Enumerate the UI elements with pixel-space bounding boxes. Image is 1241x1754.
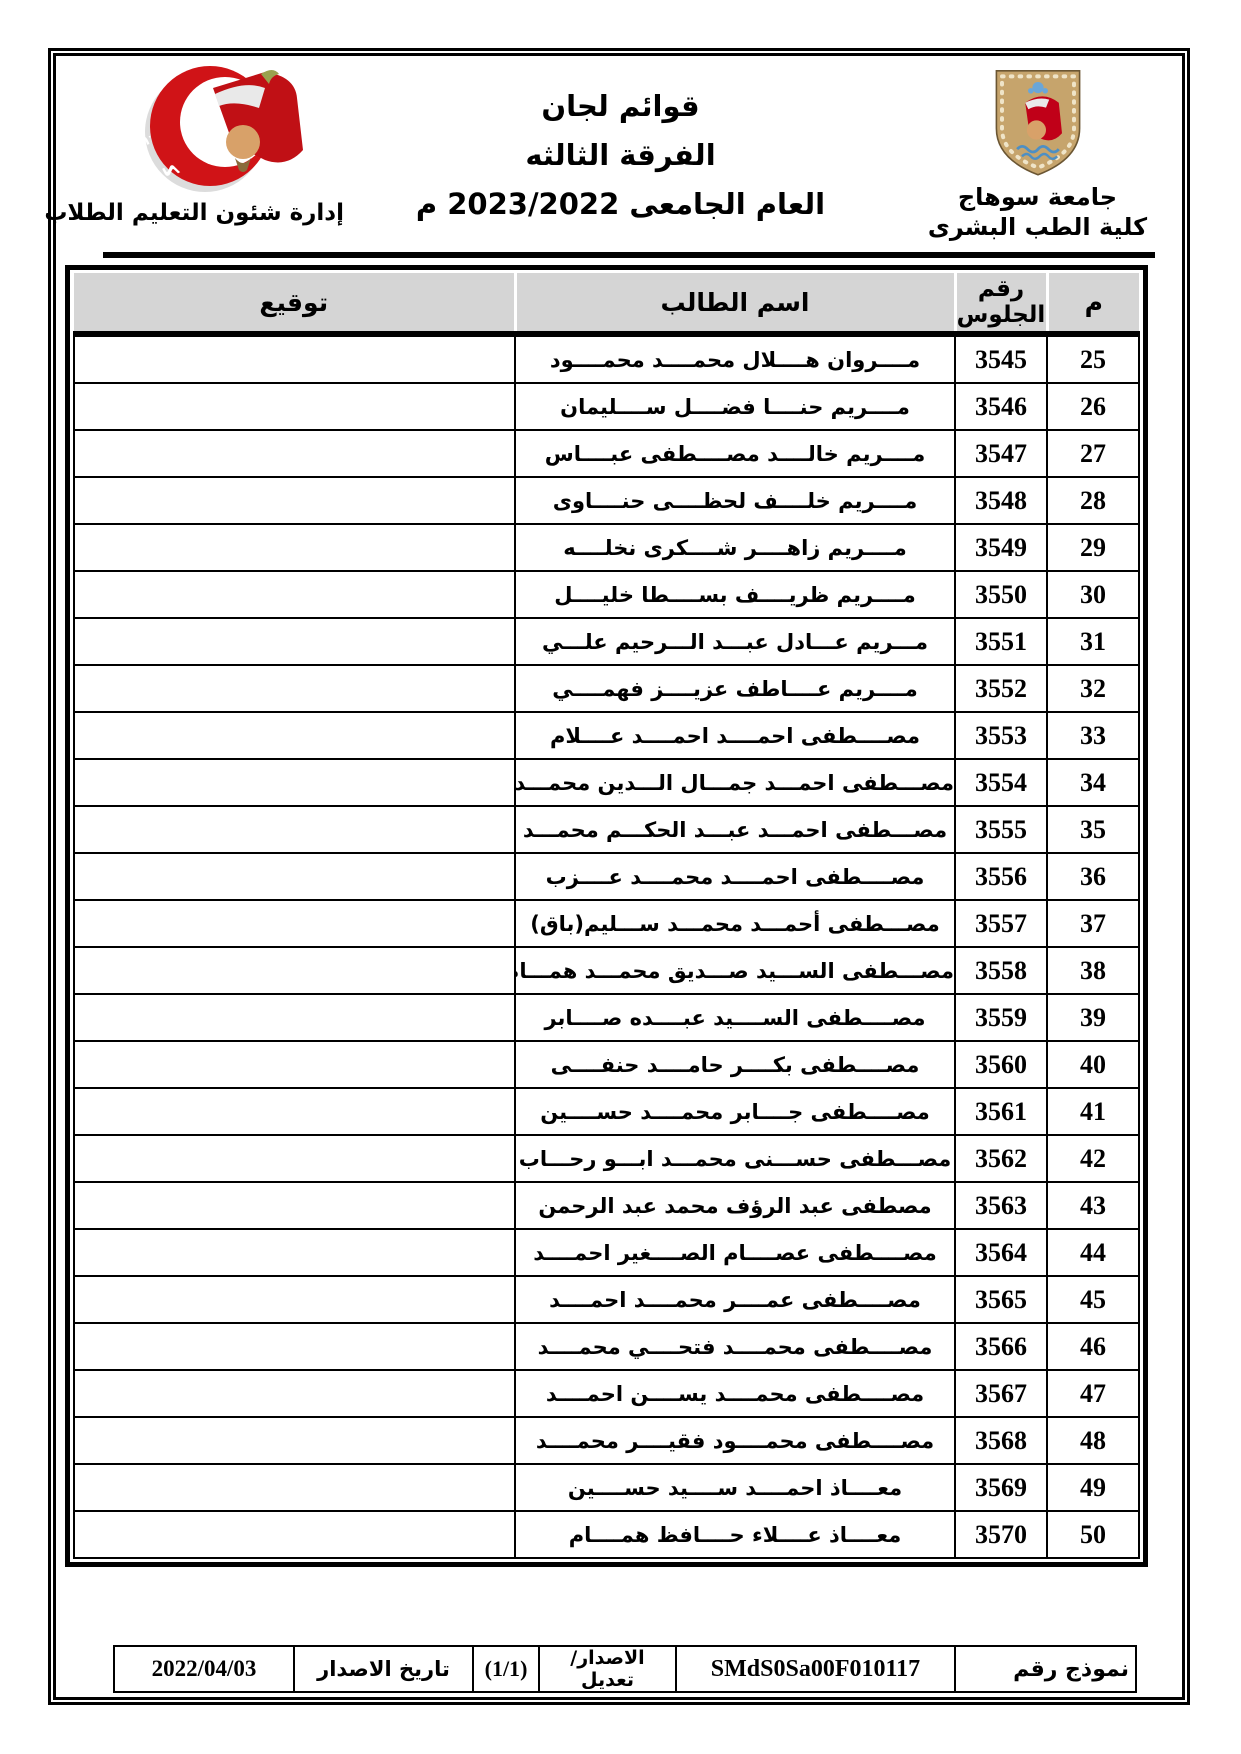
serial-cell: 42 <box>1047 1135 1139 1182</box>
table-row: 49 3569 معــــاذ احمــــد ســــيد حســــ… <box>74 1464 1139 1511</box>
student-name-cell: مصـــطفى أحمـــد محمـــد ســـليم(باق) <box>515 900 955 947</box>
signature-cell <box>74 994 515 1041</box>
header-student-name: اسم الطالب <box>515 273 955 334</box>
serial-cell: 41 <box>1047 1088 1139 1135</box>
issue-revision-label: الاصدار/تعديل <box>539 1646 676 1692</box>
student-name-cell: معــــاذ عــــلاء حــــافظ همــــام <box>515 1511 955 1558</box>
student-name-cell: مــــروان هــــلال محمــــد محمــــود <box>515 334 955 383</box>
header-seat-number: رقم الجلوس <box>955 273 1047 334</box>
signature-cell <box>74 383 515 430</box>
serial-cell: 34 <box>1047 759 1139 806</box>
student-name-cell: مصــــطفى محمــــود فقيــــر محمــــد <box>515 1417 955 1464</box>
seat-number-cell: 3564 <box>955 1229 1047 1276</box>
university-shield-logo-icon <box>976 66 1100 178</box>
serial-cell: 29 <box>1047 524 1139 571</box>
header-seat-line1: رقم <box>957 276 1046 302</box>
seat-number-cell: 3559 <box>955 994 1047 1041</box>
student-name-cell: مصــــطفى الســــيد عبــــده صــــابر <box>515 994 955 1041</box>
table-row: 41 3561 مصــــطفى جــــابر محمــــد حســ… <box>74 1088 1139 1135</box>
seat-number-cell: 3552 <box>955 665 1047 712</box>
signature-cell <box>74 1464 515 1511</box>
table-row: 47 3567 مصــــطفى محمــــد يســــن احمــ… <box>74 1370 1139 1417</box>
table-row: 39 3559 مصــــطفى الســــيد عبــــده صــ… <box>74 994 1139 1041</box>
serial-cell: 49 <box>1047 1464 1139 1511</box>
table-row: 42 3562 مصـــطفى حســـنى محمـــد ابـــو … <box>74 1135 1139 1182</box>
table-row: 35 3555 مصـــطفى احمـــد عبـــد الحكـــم… <box>74 806 1139 853</box>
university-logo-block: جامعة سوهاج كلية الطب البشرى <box>925 66 1150 242</box>
student-name-cell: مصــــطفى محمــــد يســــن احمــــد <box>515 1370 955 1417</box>
table-row: 34 3554 مصـــطفى احمـــد جمـــال الـــدي… <box>74 759 1139 806</box>
student-name-cell: مصــــطفى عصــــام الصــــغير احمــــد <box>515 1229 955 1276</box>
signature-cell <box>74 1088 515 1135</box>
table-row: 38 3558 مصـــطفى الســـيد صـــديق محمـــ… <box>74 947 1139 994</box>
table-row: 30 3550 مــــريم ظريــــف بســــطا خليــ… <box>74 571 1139 618</box>
signature-cell <box>74 571 515 618</box>
header-signature: توقيع <box>74 273 515 334</box>
student-name-cell: مــــريم عــــاطف عزيــــز فهمــــي <box>515 665 955 712</box>
seat-number-cell: 3554 <box>955 759 1047 806</box>
student-name-cell: مصــــطفى بكــــر حامــــد حنفــــى <box>515 1041 955 1088</box>
seat-number-cell: 3556 <box>955 853 1047 900</box>
table-row: 46 3566 مصــــطفى محمــــد فتحــــي محمـ… <box>74 1323 1139 1370</box>
signature-cell <box>74 665 515 712</box>
serial-cell: 48 <box>1047 1417 1139 1464</box>
table-row: 26 3546 مــــريم حنــــا فضــــل ســــلي… <box>74 383 1139 430</box>
issue-revision-value: (1/1) <box>473 1646 539 1692</box>
serial-cell: 46 <box>1047 1323 1139 1370</box>
seat-number-cell: 3553 <box>955 712 1047 759</box>
serial-cell: 50 <box>1047 1511 1139 1558</box>
students-table: م رقم الجلوس اسم الطالب توقيع 25 3545 مـ… <box>73 273 1140 1559</box>
seat-number-cell: 3570 <box>955 1511 1047 1558</box>
signature-cell <box>74 1417 515 1464</box>
table-row: 25 3545 مــــروان هــــلال محمــــد محمـ… <box>74 334 1139 383</box>
signature-cell <box>74 806 515 853</box>
seat-number-cell: 3555 <box>955 806 1047 853</box>
seat-number-cell: 3550 <box>955 571 1047 618</box>
seat-number-cell: 3545 <box>955 334 1047 383</box>
serial-cell: 28 <box>1047 477 1139 524</box>
serial-cell: 37 <box>1047 900 1139 947</box>
table-row: 50 3570 معــــاذ عــــلاء حــــافظ همـــ… <box>74 1511 1139 1558</box>
issue-date-label: تاريخ الاصدار <box>294 1646 473 1692</box>
table-row: 31 3551 مـــريم عـــادل عبـــد الـــرحيم… <box>74 618 1139 665</box>
serial-cell: 44 <box>1047 1229 1139 1276</box>
table-row: 27 3547 مــــريم خالــــد مصــــطفى عبــ… <box>74 430 1139 477</box>
student-name-cell: مــــريم زاهــــر شــــكرى نخلــــه <box>515 524 955 571</box>
seat-number-cell: 3548 <box>955 477 1047 524</box>
students-table-header: م رقم الجلوس اسم الطالب توقيع <box>74 273 1139 334</box>
signature-cell <box>74 853 515 900</box>
serial-cell: 39 <box>1047 994 1139 1041</box>
seat-number-cell: 3568 <box>955 1417 1047 1464</box>
student-name-cell: مصـــطفى حســـنى محمـــد ابـــو رحـــاب <box>515 1135 955 1182</box>
table-row: 44 3564 مصــــطفى عصــــام الصــــغير اح… <box>74 1229 1139 1276</box>
table-row: 28 3548 مــــريم خلــــف لحظــــى حنــــ… <box>74 477 1139 524</box>
signature-cell <box>74 1182 515 1229</box>
seat-number-cell: 3569 <box>955 1464 1047 1511</box>
seat-number-cell: 3558 <box>955 947 1047 994</box>
signature-cell <box>74 712 515 759</box>
header-divider-rule <box>103 252 1155 258</box>
student-name-cell: مصــــطفى محمــــد فتحــــي محمــــد <box>515 1323 955 1370</box>
serial-cell: 33 <box>1047 712 1139 759</box>
serial-cell: 30 <box>1047 571 1139 618</box>
student-name-cell: مصــــطفى احمــــد احمــــد عــــلام <box>515 712 955 759</box>
serial-cell: 36 <box>1047 853 1139 900</box>
serial-cell: 31 <box>1047 618 1139 665</box>
serial-cell: 32 <box>1047 665 1139 712</box>
signature-cell <box>74 1041 515 1088</box>
form-number-label: نموذج رقم <box>955 1646 1136 1692</box>
signature-cell <box>74 618 515 665</box>
university-name-caption: جامعة سوهاج <box>925 182 1150 212</box>
student-name-cell: مصــــطفى عمــــر محمــــد احمــــد <box>515 1276 955 1323</box>
student-name-cell: مصطفى عبد الرؤف محمد عبد الرحمن <box>515 1182 955 1229</box>
table-row: 45 3565 مصــــطفى عمــــر محمــــد احمــ… <box>74 1276 1139 1323</box>
serial-cell: 26 <box>1047 383 1139 430</box>
signature-cell <box>74 900 515 947</box>
signature-cell <box>74 524 515 571</box>
signature-cell <box>74 1135 515 1182</box>
form-footer-table: نموذج رقم SMdS0Sa00F010117 الاصدار/تعديل… <box>113 1645 1137 1693</box>
table-row: 29 3549 مــــريم زاهــــر شــــكرى نخلــ… <box>74 524 1139 571</box>
seat-number-cell: 3566 <box>955 1323 1047 1370</box>
seat-number-cell: 3563 <box>955 1182 1047 1229</box>
table-row: 40 3560 مصــــطفى بكــــر حامــــد حنفــ… <box>74 1041 1139 1088</box>
table-row: 37 3557 مصـــطفى أحمـــد محمـــد ســـليم… <box>74 900 1139 947</box>
signature-cell <box>74 1229 515 1276</box>
student-name-cell: مــــريم خلــــف لحظــــى حنــــاوى <box>515 477 955 524</box>
table-row: 33 3553 مصــــطفى احمــــد احمــــد عـــ… <box>74 712 1139 759</box>
student-name-cell: مصـــطفى احمـــد عبـــد الحكـــم محمـــد <box>515 806 955 853</box>
table-row: 32 3552 مــــريم عــــاطف عزيــــز فهمــ… <box>74 665 1139 712</box>
serial-cell: 43 <box>1047 1182 1139 1229</box>
table-row: 43 3563 مصطفى عبد الرؤف محمد عبد الرحمن <box>74 1182 1139 1229</box>
signature-cell <box>74 334 515 383</box>
signature-cell <box>74 1370 515 1417</box>
student-name-cell: مصــــطفى احمــــد محمــــد عــــزب <box>515 853 955 900</box>
seat-number-cell: 3549 <box>955 524 1047 571</box>
student-name-cell: مــــريم ظريــــف بســــطا خليــــل <box>515 571 955 618</box>
seat-number-cell: 3565 <box>955 1276 1047 1323</box>
signature-cell <box>74 1511 515 1558</box>
seat-number-cell: 3562 <box>955 1135 1047 1182</box>
table-row: 36 3556 مصــــطفى احمــــد محمــــد عـــ… <box>74 853 1139 900</box>
student-name-cell: مــــريم حنــــا فضــــل ســــليمان <box>515 383 955 430</box>
form-code-value: SMdS0Sa00F010117 <box>676 1646 955 1692</box>
issue-date-value: 2022/04/03 <box>114 1646 294 1692</box>
signature-cell <box>74 759 515 806</box>
students-table-body: 25 3545 مــــروان هــــلال محمــــد محمـ… <box>74 334 1139 1558</box>
student-name-cell: مصـــطفى احمـــد جمـــال الـــدين محمـــ… <box>515 759 955 806</box>
seat-number-cell: 3557 <box>955 900 1047 947</box>
student-name-cell: مصـــطفى الســـيد صـــديق محمـــد همـــا… <box>515 947 955 994</box>
header-seat-line2: الجلوس <box>957 302 1046 328</box>
serial-cell: 47 <box>1047 1370 1139 1417</box>
serial-cell: 35 <box>1047 806 1139 853</box>
form-footer: نموذج رقم SMdS0Sa00F010117 الاصدار/تعديل… <box>113 1645 1137 1693</box>
signature-cell <box>74 1323 515 1370</box>
signature-cell <box>74 430 515 477</box>
student-name-cell: مصــــطفى جــــابر محمــــد حســــين <box>515 1088 955 1135</box>
serial-cell: 40 <box>1047 1041 1139 1088</box>
student-name-cell: معــــاذ احمــــد ســــيد حســــين <box>515 1464 955 1511</box>
serial-cell: 38 <box>1047 947 1139 994</box>
faculty-name-caption: كلية الطب البشرى <box>925 212 1150 242</box>
document-page: جامعة سوهاج كلية الطب إدارة شئون التعليم… <box>0 0 1241 1754</box>
serial-cell: 25 <box>1047 334 1139 383</box>
student-name-cell: مــــريم خالــــد مصــــطفى عبــــاس <box>515 430 955 477</box>
students-table-wrapper: م رقم الجلوس اسم الطالب توقيع 25 3545 مـ… <box>65 265 1148 1567</box>
signature-cell <box>74 947 515 994</box>
table-row: 48 3568 مصــــطفى محمــــود فقيــــر محم… <box>74 1417 1139 1464</box>
seat-number-cell: 3561 <box>955 1088 1047 1135</box>
student-name-cell: مـــريم عـــادل عبـــد الـــرحيم علـــي <box>515 618 955 665</box>
serial-cell: 45 <box>1047 1276 1139 1323</box>
signature-cell <box>74 1276 515 1323</box>
header-serial: م <box>1047 273 1139 334</box>
seat-number-cell: 3546 <box>955 383 1047 430</box>
seat-number-cell: 3551 <box>955 618 1047 665</box>
serial-cell: 27 <box>1047 430 1139 477</box>
seat-number-cell: 3567 <box>955 1370 1047 1417</box>
seat-number-cell: 3560 <box>955 1041 1047 1088</box>
signature-cell <box>74 477 515 524</box>
seat-number-cell: 3547 <box>955 430 1047 477</box>
